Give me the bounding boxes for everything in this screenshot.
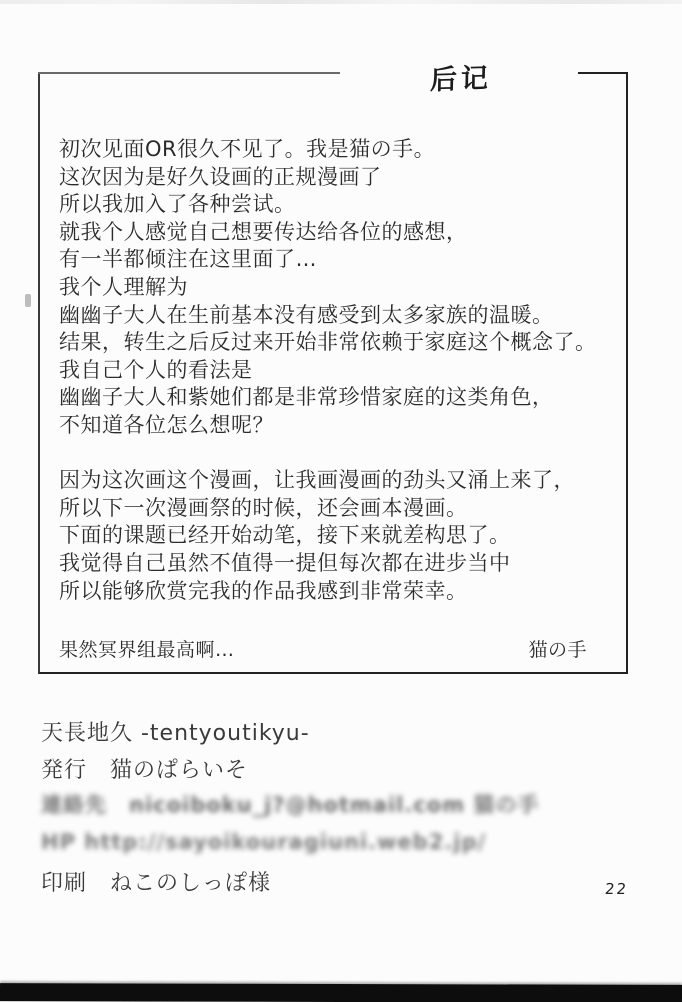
afterword-line: 幽幽子大人在生前基本没有感受到太多家族的温暖。 (59, 302, 614, 330)
afterword-line: 下面的课题已经开始动笔，接下来就差构思了。 (59, 522, 614, 550)
afterword-line: 我个人理解为 (59, 274, 614, 302)
closing-remark: 果然冥界组最高啊… (59, 635, 235, 662)
colophon-publisher-line: 発行 猫のぱらいそ (41, 753, 248, 784)
scan-edge-bottom (0, 983, 682, 1002)
afterword-line: 这次因为是好久设画的正规漫画了 (59, 164, 614, 192)
afterword-line: 就我个人感觉自己想要传达给各位的感想， (59, 219, 614, 247)
colophon-contact-line-censored: 連絡先 nicoiboku_j?@hotmail.com 猫の手 (41, 789, 539, 819)
afterword-closing-row: 果然冥界组最高啊… 猫の手 (59, 635, 587, 662)
afterword-line: 所以我加入了各种尝试。 (59, 191, 614, 219)
afterword-line: 所以下一次漫画祭的时候，还会画本漫画。 (59, 495, 614, 523)
colophon-title-line: 天長地久 -tentyoutikyu- (41, 716, 310, 747)
afterword-line (59, 440, 614, 468)
afterword-line: 结果，转生之后反过来开始非常依赖于家庭这个概念了。 (59, 329, 614, 357)
scanned-page: 后记 初次见面OR很久不见了。我是猫の手。这次因为是好久设画的正规漫画了所以我加… (0, 0, 682, 1002)
afterword-line: 初次见面OR很久不见了。我是猫の手。 (59, 136, 614, 164)
colophon-printer-line: 印刷 ねこのしっぽ様 (41, 866, 271, 897)
box-border-top-right-segment (578, 72, 628, 74)
scan-speck-artifact (25, 294, 31, 307)
afterword-line: 我觉得自己虽然不值得一提但每次都在进步当中 (59, 550, 614, 578)
box-border-top-left-segment (38, 72, 340, 74)
colophon-homepage-line-censored: HP http://sayoikouragiuni.web2.jp/ (41, 830, 486, 854)
scan-edge-top (0, 0, 682, 4)
afterword-text: 初次见面OR很久不见了。我是猫の手。这次因为是好久设画的正规漫画了所以我加入了各… (59, 136, 614, 605)
afterword-line: 有一半都倾注在这里面了… (59, 246, 614, 274)
afterword-line: 不知道各位怎么想呢？ (59, 412, 614, 440)
afterword-line: 所以能够欣赏完我的作品我感到非常荣幸。 (59, 578, 614, 606)
afterword-box: 初次见面OR很久不见了。我是猫の手。这次因为是好久设画的正规漫画了所以我加入了各… (38, 74, 628, 674)
afterword-line: 因为这次画这个漫画，让我画漫画的劲头又涌上来了， (59, 467, 614, 495)
afterword-line: 幽幽子大人和紫她们都是非常珍惜家庭的这类角色， (59, 384, 614, 412)
afterword-line: 我自己个人的看法是 (59, 357, 614, 385)
page-number: 22 (604, 880, 629, 898)
author-signature: 猫の手 (528, 635, 587, 662)
